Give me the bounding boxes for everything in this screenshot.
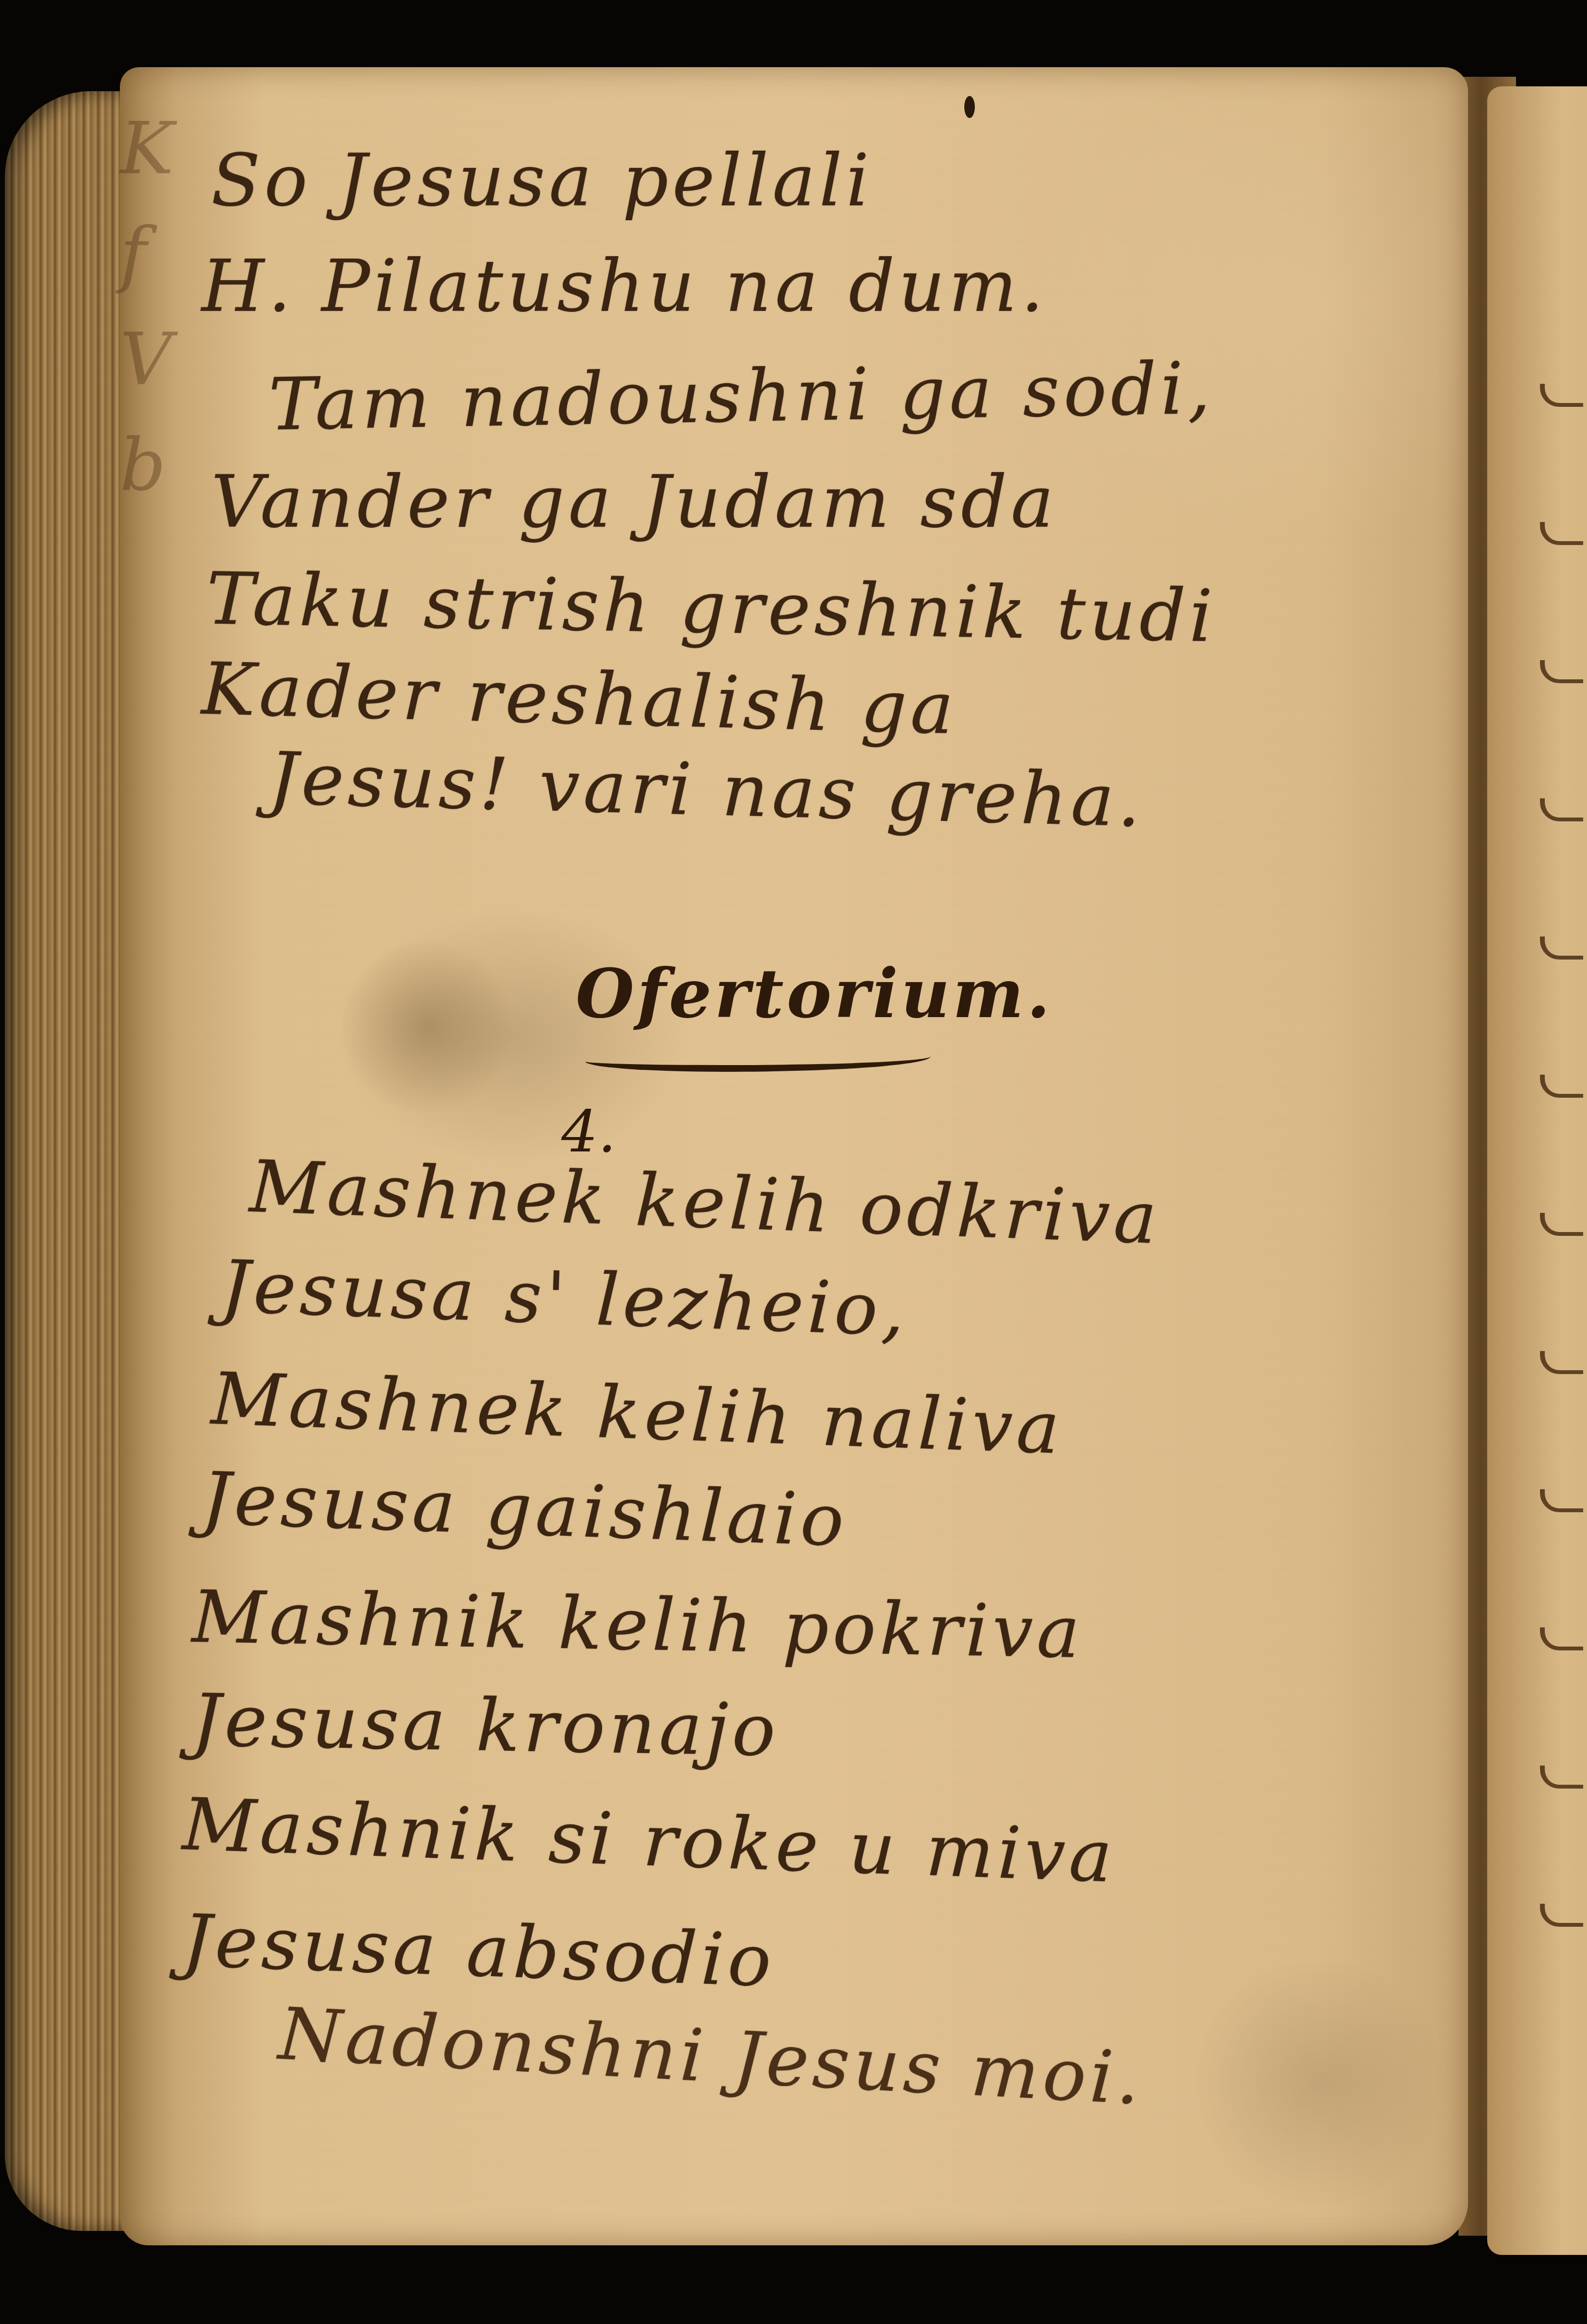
stanza-1-line-4: Vander ga Judam sda: [211, 461, 1057, 544]
stanza-2-line-4: Jesusa gaishlaio: [200, 1457, 849, 1563]
section-heading: Ofertorium.: [576, 955, 1053, 1033]
stanza-2-line-8: Jesusa absodio: [181, 1899, 776, 2003]
heading-flourish: [585, 1046, 931, 1072]
stanza-2-line-5: Mashnik kelih pokriva: [191, 1576, 1084, 1674]
stanza-2-line-1: Mashnek kelih odkriva: [249, 1145, 1162, 1260]
stanza-1-line-7: Jesus! vari nas greha.: [268, 737, 1146, 843]
verse-number: 4.: [561, 1099, 616, 1165]
stanza-2-line-3: Mashnek kelih naliva: [210, 1357, 1065, 1470]
stanza-1-line-1: So Jesusa pellali: [211, 139, 873, 223]
stanza-1-line-6: Kader reshalish ga: [201, 647, 959, 750]
stanza-1-line-5: Taku strish greshnik tudi: [206, 557, 1217, 659]
manuscript-text: So Jesusa pellali H. Pilatushu na dum. T…: [0, 0, 1587, 2324]
stanza-1-line-3: Tam nadoushni ga sodi,: [268, 347, 1215, 447]
stanza-2-line-7: Mashnik si roke u miva: [181, 1783, 1117, 1899]
stanza-2-line-6: Jesusa kronajo: [191, 1679, 780, 1772]
stanza-1-line-2: H. Pilatushu na dum.: [201, 245, 1048, 328]
stanza-2-line-2: Jesusa s' lezheio,: [219, 1245, 910, 1352]
stanza-2-line-9: Nadonshni Jesus moi.: [277, 1992, 1146, 2121]
